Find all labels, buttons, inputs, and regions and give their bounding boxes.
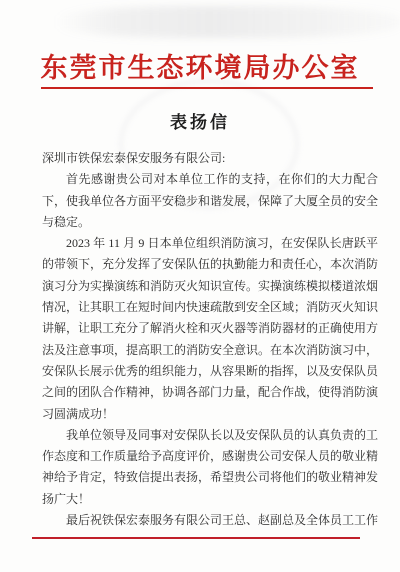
- paragraph-fire-drill: 2023 年 11 月 9 日本单位组织消防演习，在安保队长唐跃平的带领下，充分…: [42, 233, 378, 425]
- letter-body: 深圳市铁保宏泰保安服务有限公司: 首先感谢贵公司对本单位工作的支持，在你们的大力…: [42, 148, 378, 531]
- paragraph-closing-wishes: 最后祝铁保宏泰服务有限公司王总、赵副总及全体员工工作: [42, 510, 378, 531]
- letterhead-office-title: 东莞市生态环境局办公室: [0, 46, 400, 85]
- letterhead-red-rule: [41, 87, 373, 89]
- salutation: 深圳市铁保宏泰保安服务有限公司:: [42, 148, 378, 169]
- document-title: 表扬信: [0, 108, 400, 133]
- footer-red-rule: [32, 537, 360, 539]
- paragraph-thanks: 首先感谢贵公司对本单位工作的支持，在你们的大力配合下，使我单位各方面平安稳步和谐…: [42, 169, 378, 233]
- scanned-letter-page: 东莞市生态环境局办公室 表扬信 深圳市铁保宏泰保安服务有限公司: 首先感谢贵公司…: [0, 0, 400, 572]
- scan-smudge-artifact: [55, 6, 400, 38]
- paragraph-praise: 我单位领导及同事对安保队长以及安保队员的认真负责的工作态度和工作质量给予高度评价…: [42, 425, 378, 510]
